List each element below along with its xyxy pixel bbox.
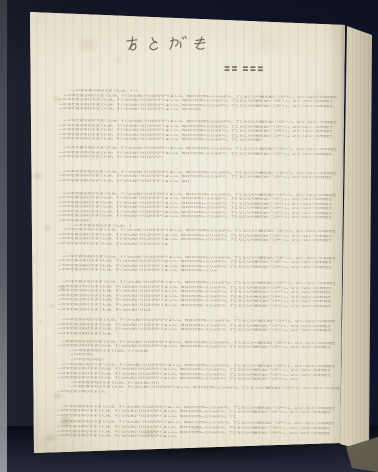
paragraph: 「この本を書きあげるまでには、ずいぶん長い月日がかかりました。毎日の台所に立ちな… <box>57 385 331 396</box>
text-line: この本を書きあげるまでには、ずいぶん長い月日がかかりました。毎日の台所に立ちなが… <box>58 179 190 185</box>
paragraph: この本を書きあげるまでには、ずいぶん長い月日がかかりました。毎日の台所に立ちなが… <box>57 318 331 339</box>
text-line: この本を書きあげるまでには、ずいぶん長い月日がかかりました。毎日の台所に立ちなが… <box>57 308 150 313</box>
text-line: この本を書きあげるまでには、ずいぶん長い月日がかかりました。毎日の台所に立ちなが… <box>59 107 202 113</box>
paragraph: この本を書きあげるまでには、ずいぶん長い月日がかかりました。毎日の台所に立ちなが… <box>59 119 333 144</box>
paragraph: この本を書きあげるまでには、ずいぶん長い月日がかかりました。毎日の台所に立ちなが… <box>57 280 331 314</box>
text-line: この本を書きあげるまでには、ずいぶん長い月日がかかりました。毎日の台所に立ちなが… <box>58 155 162 160</box>
backdrop-left-edge <box>0 0 7 472</box>
paragraph: この本を書きあげるまでには、ずいぶん長い月日がかかりました。毎日の台所に立ちなが… <box>58 146 332 162</box>
text-line: この本を書きあげるまでには、ずいぶん長い月日がかかりました。毎日の台所に立ちなが… <box>56 414 237 420</box>
text-line: この本を書きあげるまでには、ずいぶん長い月日がかかりました。毎日の台所に立ちなが… <box>57 390 106 395</box>
paragraph: この本を書きあげるまでには、ずいぶん長い月日がかかりました。毎日の台所に立ちなが… <box>58 191 332 225</box>
afterword-title <box>124 34 218 56</box>
text-line: この本を書きあげるまでには、ずいぶん長い月日がかかりました。毎日の台所に立ちなが… <box>59 137 262 143</box>
book-page: あ と が き 〓〓 〓〓〓 「この本を書きあげるまでには、ずいぶん長い月日がか… <box>0 0 378 472</box>
paragraph: この本を書きあげるまでには、ずいぶん長い月日がかかりました。毎日の台所に立ちなが… <box>58 228 332 249</box>
paragraph: この本を書きあげるまでには、ずいぶん長い月日がかかりました。毎日の台所に立ちなが… <box>56 405 330 421</box>
paragraph: この本を書きあげるまでには、ずいぶん長い月日がかかりました。毎日の台所に立ちなが… <box>59 94 333 115</box>
body-text: 「この本を書きあげるまでには、ずいぶん長い月日がかかりました。毎日の台所に立ちな… <box>56 89 333 441</box>
paragraph: この本を書きあげるまでには、ずいぶん長い月日がかかりました。毎日の台所に立ちなが… <box>58 255 332 276</box>
paragraph: この本を書きあげるまでには、ずいぶん長い月日がかかりました。毎日の台所に立ちなが… <box>58 170 332 186</box>
text-line: この本を書きあげるまでには、ずいぶん長い月日がかかりました。毎日の台所に立ちなが… <box>58 214 332 221</box>
text-line: この本を書きあげるまでには、ずいぶん長い月日がかかりました。毎日の台所に立ちなが… <box>58 268 217 274</box>
author-name: 〓〓 〓〓〓 <box>224 64 304 74</box>
text-line: この本を書きあげるまでには、ずいぶん長い月日がかかりました。毎日の台所に立ちなが… <box>58 242 168 247</box>
paragraph: この本を書きあげるまでには、ずいぶん長い月日がかかりました。毎日の台所に立ちなが… <box>57 362 331 383</box>
paragraph: この本を書きあげるまでには、ずいぶん長い月日がかかりました。毎日の台所に立ちなが… <box>56 420 330 441</box>
photo-of-book-page: あ と が き 〓〓 〓〓〓 「この本を書きあげるまでには、ずいぶん長い月日がか… <box>0 0 378 472</box>
text-line: この本を書きあげるまでには、ずいぶん長い月日がかかりました。毎日の台所に立ちなが… <box>57 332 112 337</box>
text-line: この本を書きあげるまでには、ずいぶん長い月日がかかりました。毎日の台所に立ちなが… <box>56 434 177 440</box>
